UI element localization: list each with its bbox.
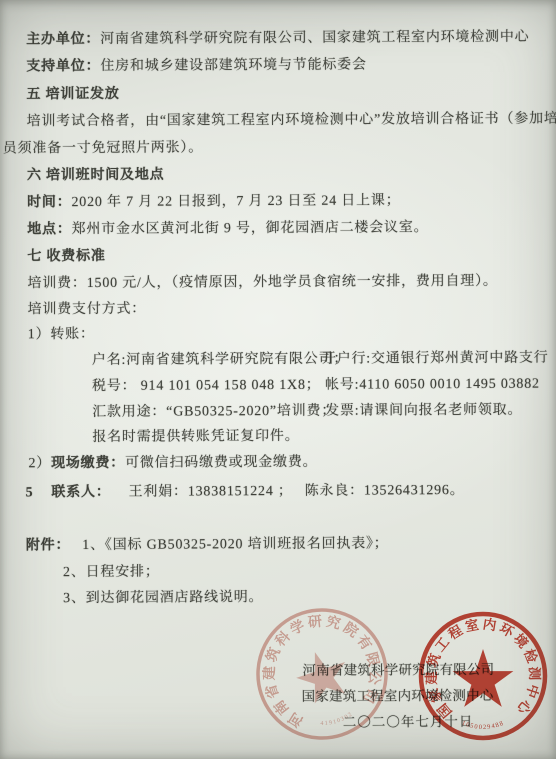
attachments-line1: 附件：1、《国标 GB50325-2020 培训班报名回执表》； — [26, 532, 389, 554]
scanned-notice-page: 主办单位：河南省建筑科学研究院有限公司、国家建筑工程室内环境检测中心 支持单位：… — [0, 0, 556, 759]
attachments-line2: 2、日程安排； — [63, 561, 160, 582]
contacts-line: 5联系人：王利娟：13838151224 ；陈永良：13526431296。 — [26, 479, 465, 501]
supporter-label: 支持单位： — [26, 59, 100, 74]
venue-value: 郑州市金水区黄河北街 9 号，御花园酒店二楼会议室。 — [72, 220, 429, 237]
section7-title: 七 收费标准 — [27, 245, 105, 265]
bank-line: 开户行:交通银行郑州黄河中路支行 — [322, 347, 549, 368]
transfer-line: 1）转账： — [28, 323, 95, 343]
fee-line: 培训费：1500 元/人，（疫情原因，外地学员食宿统一安排，费用自理）。 — [27, 270, 497, 292]
venue-label: 地点： — [27, 222, 71, 237]
attachments-line3: 3、到达御花园酒店路线说明。 — [63, 586, 263, 607]
organizer-label: 主办单位： — [26, 32, 100, 47]
signature-org2: 国家建筑工程室内环境检测中心 — [302, 684, 494, 705]
section5-title: 五 培训证发放 — [26, 83, 119, 103]
onsite-line: 2）现场缴费：可微信扫码缴费或现金缴费。 — [28, 451, 317, 473]
onsite-label: 现场缴费： — [51, 456, 125, 471]
invoice-line: 发票:请课间向报名老师领取。 — [325, 399, 522, 420]
transfer-note-line: 报名时需提供转账凭证复印件。 — [92, 425, 299, 446]
onsite-prefix: 2） — [28, 456, 51, 471]
pay-method-line: 培训费支付方式： — [28, 298, 147, 319]
organizer-line: 主办单位：河南省建筑科学研究院有限公司、国家建筑工程室内环境检测中心 — [26, 26, 529, 49]
section5-body-line2: 员须准备一寸免冠照片两张）。 — [3, 136, 203, 157]
venue-line: 地点：郑州市金水区黄河北街 9 号，御花园酒店二楼会议室。 — [27, 216, 428, 238]
account-name-line: 户名:河南省建筑科学研究院有限公司； — [92, 348, 348, 369]
attachments-label: 附件： — [26, 538, 70, 553]
attachment-1: 1、《国标 GB50325-2020 培训班报名回执表》； — [82, 536, 388, 553]
tax-no-line: 税号： 914 101 054 158 048 1X8； — [92, 374, 321, 395]
organizer-value: 河南省建筑科学研究院有限公司、国家建筑工程室内环境检测中心 — [100, 30, 529, 47]
document-content: 主办单位：河南省建筑科学研究院有限公司、国家建筑工程室内环境检测中心 支持单位：… — [0, 0, 556, 759]
contacts-number: 5 — [26, 485, 34, 500]
signature-date: 二〇二〇年七月十日 — [343, 710, 474, 731]
purpose-line: 汇款用途：“GB50325-2020”培训费； — [92, 400, 336, 421]
onsite-value: 可微信扫码缴费或现金缴费。 — [125, 455, 317, 471]
time-value: 2020 年 7 月 22 日报到，7 月 23 日至 24 日上课； — [71, 193, 400, 210]
signature-org1: 河南省建筑科学研究院有限公司 — [302, 658, 494, 679]
time-label: 时间： — [27, 195, 71, 210]
section6-title: 六 培训班时间及地点 — [27, 164, 165, 185]
contacts-label: 联系人： — [51, 485, 110, 500]
contact-2: 陈永良：13526431296。 — [305, 483, 465, 499]
account-no-line: 帐号:4110 6050 0010 1495 03882 — [325, 373, 540, 394]
section5-body-line1: 培训考试合格者，由“国家建筑工程室内环境检测中心”发放培训合格证书（参加培训人 — [27, 107, 556, 130]
supporter-value: 住房和城乡建设部建筑环境与节能标委会 — [100, 58, 366, 74]
time-line: 时间：2020 年 7 月 22 日报到，7 月 23 日至 24 日上课； — [27, 189, 401, 211]
contact-1: 王利娟：13838151224 ； — [129, 484, 293, 500]
supporter-line: 支持单位：住房和城乡建设部建筑环境与节能标委会 — [26, 54, 367, 76]
